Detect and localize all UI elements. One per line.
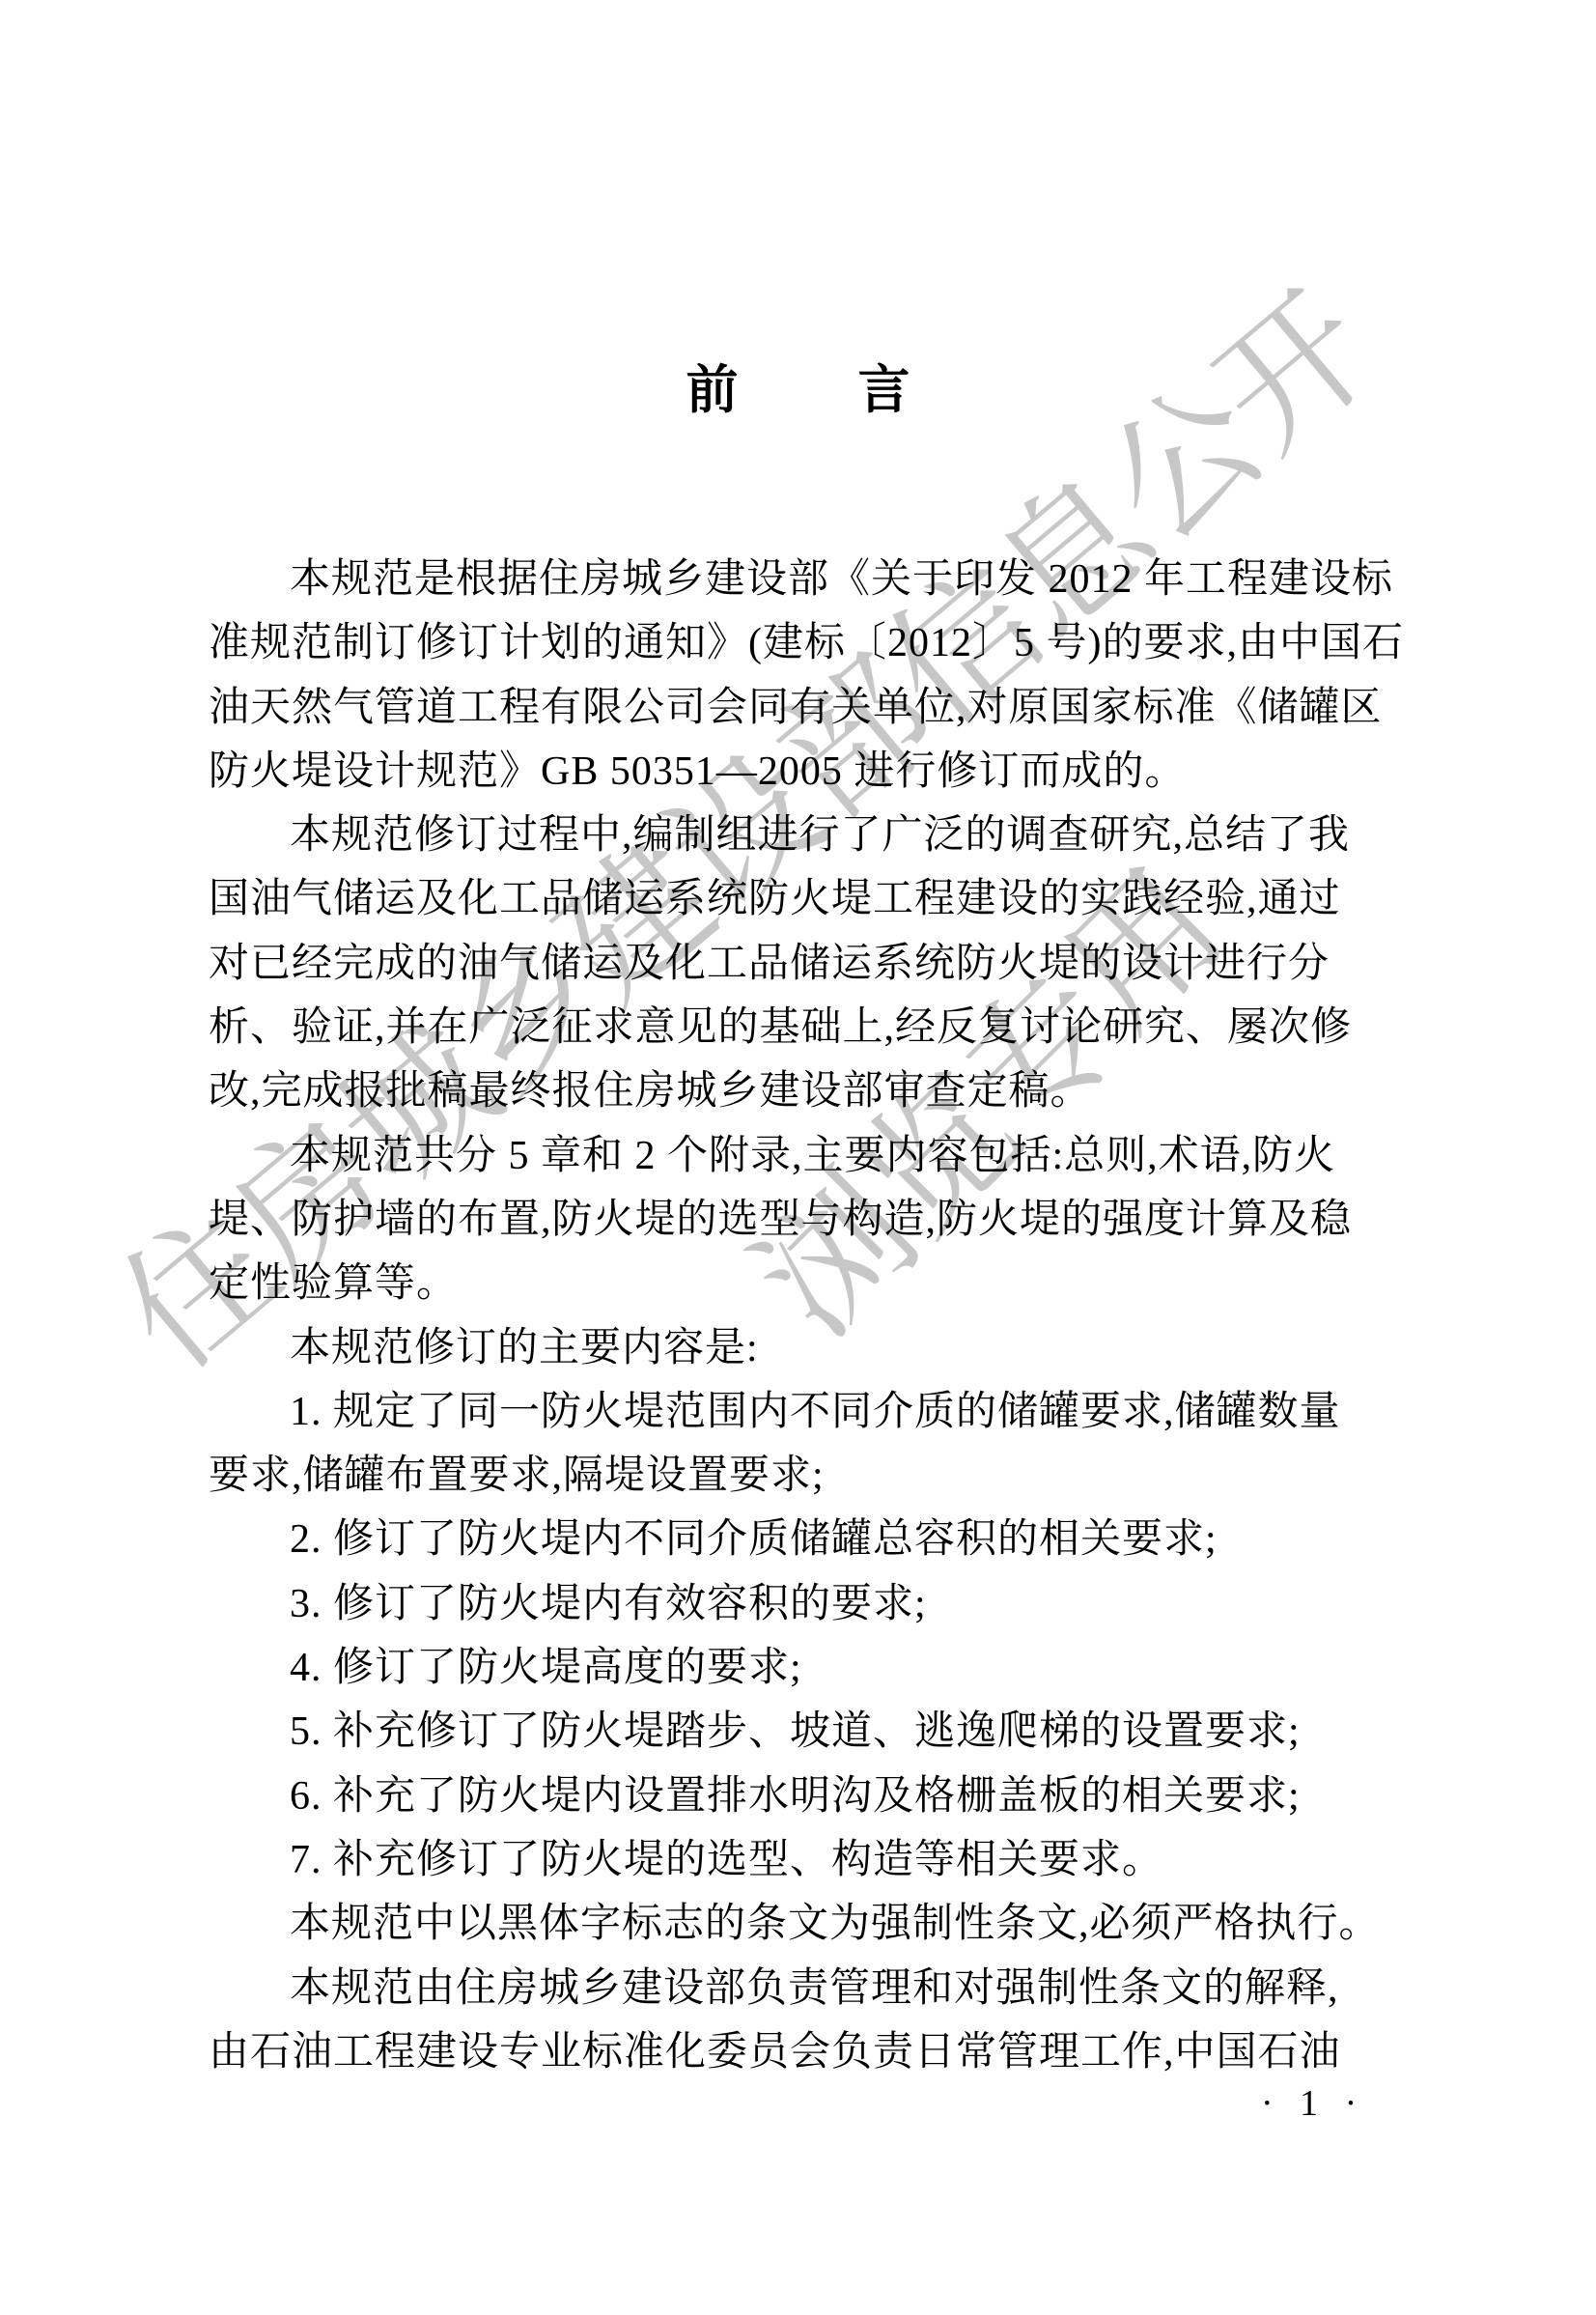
body-line: 6. 补充了防火堤内设置排水明沟及格栅盖板的相关要求; <box>209 1764 1396 1828</box>
body-line: 析、验证,并在广泛征求意见的基础上,经反复讨论研究、屡次修 <box>209 996 1396 1059</box>
body-line: 本规范共分 5 章和 2 个附录,主要内容包括:总则,术语,防火 <box>209 1124 1396 1188</box>
body-line: 5. 补充修订了防火堤踏步、坡道、逃逸爬梯的设置要求; <box>209 1700 1396 1764</box>
document-page: 住房城乡建设部信息公开 浏览专用 前言 本规范是根据住房城乡建设部《关于印发 2… <box>0 0 1596 2315</box>
body-line: 防火堤设计规范》GB 50351—2005 进行修订而成的。 <box>209 740 1396 804</box>
body-line: 国油气储运及化工品储运系统防火堤工程建设的实践经验,通过 <box>209 867 1396 931</box>
body-line: 4. 修订了防火堤高度的要求; <box>209 1636 1396 1700</box>
body-line: 由石油工程建设专业标准化委员会负责日常管理工作,中国石油 <box>209 2020 1396 2084</box>
body-line: 要求,储罐布置要求,隔堤设置要求; <box>209 1444 1396 1508</box>
body-line: 1. 规定了同一防火堤范围内不同介质的储罐要求,储罐数量 <box>209 1380 1396 1444</box>
body-line: 准规范制订修订计划的通知》(建标〔2012〕5 号)的要求,由中国石 <box>209 611 1396 675</box>
body-line: 3. 修订了防火堤内有效容积的要求; <box>209 1572 1396 1636</box>
body-line: 油天然气管道工程有限公司会同有关单位,对原国家标准《储罐区 <box>209 676 1396 740</box>
page-title-char-right: 言 <box>858 361 910 419</box>
body-line: 对已经完成的油气储运及化工品储运系统防火堤的设计进行分 <box>209 932 1396 996</box>
body-line: 本规范是根据住房城乡建设部《关于印发 2012 年工程建设标 <box>209 548 1396 611</box>
page-title: 前言 <box>0 363 1596 417</box>
body-line: 定性验算等。 <box>209 1252 1396 1315</box>
page-number: · 1 · <box>1261 2082 1365 2125</box>
body-line: 7. 补充修订了防火堤的选型、构造等相关要求。 <box>209 1828 1396 1892</box>
body-line: 本规范修订的主要内容是: <box>209 1316 1396 1380</box>
body-line: 本规范由住房城乡建设部负责管理和对强制性条文的解释, <box>209 1957 1396 2020</box>
body-line: 堤、防护墙的布置,防火堤的选型与构造,防火堤的强度计算及稳 <box>209 1188 1396 1252</box>
page-title-char-left: 前 <box>686 361 739 419</box>
body-line: 改,完成报批稿最终报住房城乡建设部审查定稿。 <box>209 1059 1396 1123</box>
body-line: 本规范中以黑体字标志的条文为强制性条文,必须严格执行。 <box>209 1892 1396 1956</box>
foreword-body-text: 本规范是根据住房城乡建设部《关于印发 2012 年工程建设标准规范制订修订计划的… <box>209 548 1396 2084</box>
body-line: 本规范修订过程中,编制组进行了广泛的调查研究,总结了我 <box>209 804 1396 867</box>
body-line: 2. 修订了防火堤内不同介质储罐总容积的相关要求; <box>209 1508 1396 1571</box>
